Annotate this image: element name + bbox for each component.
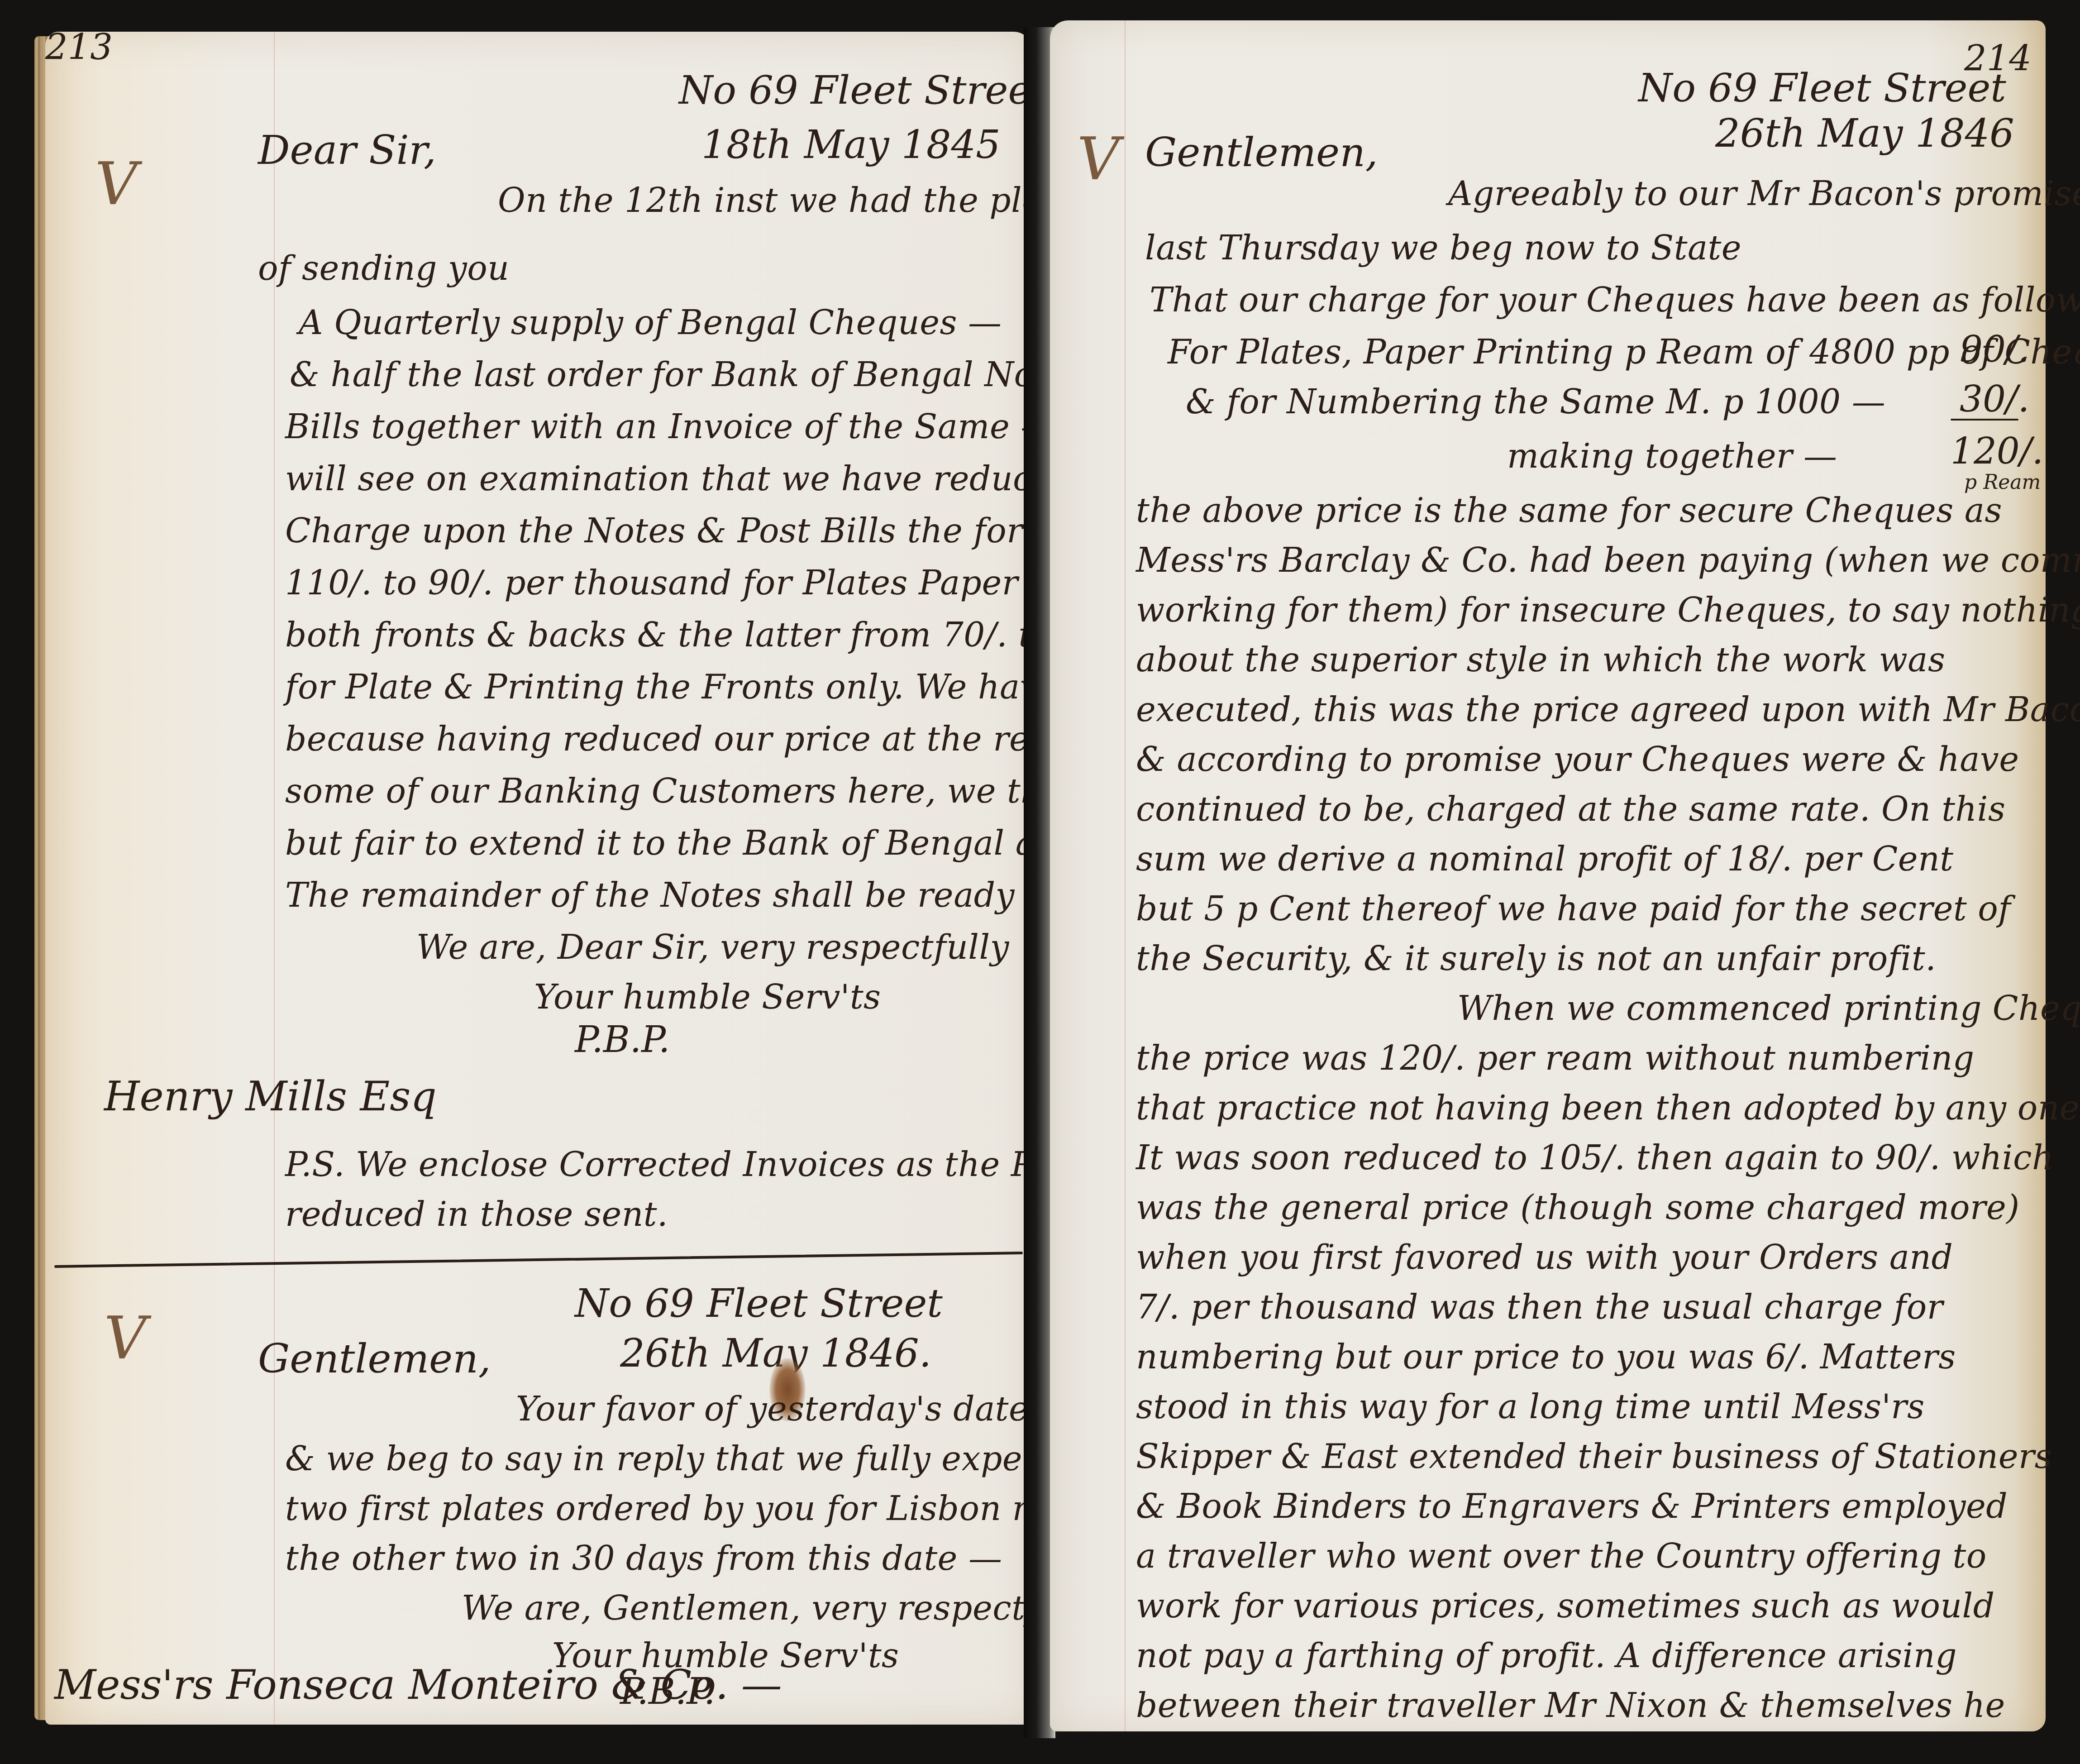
body-line: the other two in 30 days from this date … <box>285 1539 1002 1578</box>
charge-amount: 90/. <box>1960 328 2029 370</box>
body-line: & according to promise your Cheques were… <box>1136 740 2019 779</box>
body-line: It was soon reduced to 105/. then again … <box>1136 1138 2054 1177</box>
charge-total: 120/. <box>1951 430 2043 472</box>
closing: We are, Gentlemen, very respectfully <box>462 1589 1101 1628</box>
body-line: will see on examination that we have red… <box>285 459 1143 498</box>
body-line: about the superior style in which the wo… <box>1136 641 1945 679</box>
body-line: Bills together with an Invoice of the Sa… <box>285 407 1127 446</box>
body-line: a traveller who went over the Country of… <box>1136 1537 1987 1576</box>
body-line: that practice not having been then adopt… <box>1136 1089 2080 1128</box>
body-line: of sending you <box>258 249 510 288</box>
body-line: the price was 120/. per ream without num… <box>1136 1039 1975 1078</box>
salutation: Gentlemen, <box>258 1335 491 1382</box>
right-page: 214 V No 69 Fleet Street 26th May 1846 G… <box>1050 20 2046 1731</box>
closing-line-2: Your humble Serv'ts <box>534 978 881 1017</box>
body-line: Mess'rs Barclay & Co. had been paying (w… <box>1136 541 2080 580</box>
body-line: continued to be, charged at the same rat… <box>1136 790 2005 829</box>
sum-rule <box>1951 419 2018 421</box>
body-line: when you first favored us with your Orde… <box>1136 1238 1953 1277</box>
charge-label: For Plates, Paper Printing p Ream of 480… <box>1168 333 2080 372</box>
page-number: 213 <box>45 27 113 68</box>
open-letter-book: 213 V No 69 Fleet Street 18th May 1845 D… <box>0 0 2080 1764</box>
body-line: Skipper & East extended their business o… <box>1136 1437 2052 1476</box>
letter-address: No 69 Fleet Street <box>679 68 1047 113</box>
letter-date: 18th May 1845 <box>701 122 1001 167</box>
charge-label: making together — <box>1507 437 1837 476</box>
charge-note: p Ream <box>1964 471 2041 494</box>
body-line: the Security, & it surely is not an unfa… <box>1136 939 1936 978</box>
body-line: & Book Binders to Engravers & Printers e… <box>1136 1487 2008 1526</box>
body-line: numbering but our price to you was 6/. M… <box>1136 1338 1956 1377</box>
body-line: was the general price (though some charg… <box>1136 1188 2020 1227</box>
body-line: A Quarterly supply of Bengal Cheques — <box>299 303 1002 342</box>
signature: P.B.P. <box>575 1018 670 1061</box>
body-line: executed, this was the price agreed upon… <box>1136 690 2080 729</box>
body-line: That our charge for your Cheques have be… <box>1150 281 2080 320</box>
body-line: Agreeably to our Mr Bacon's promise <box>1448 174 2080 213</box>
body-line: last Thursday we beg now to State <box>1145 229 1741 268</box>
salutation: Dear Sir, <box>258 127 436 173</box>
postscript-line: reduced in those sent. <box>285 1195 668 1234</box>
body-line: but fair to extend it to the Bank of Ben… <box>285 824 1095 863</box>
charge-label: & for Numbering the Same M. p 1000 — <box>1186 382 1885 421</box>
body-line: sum we derive a nominal profit of 18/. p… <box>1136 840 1954 879</box>
check-mark-icon: V <box>89 149 144 218</box>
signature: P.B.P. <box>620 1670 715 1712</box>
body-line: stood in this way for a long time until … <box>1136 1387 1925 1426</box>
body-line: not pay a farthing of profit. A differen… <box>1136 1636 1957 1675</box>
charge-amount: 30/. <box>1960 378 2029 420</box>
body-line: working for them) for insecure Cheques, … <box>1136 591 2080 630</box>
letter-divider <box>54 1252 1023 1268</box>
salutation: Gentlemen, <box>1145 129 1378 176</box>
margin-rule <box>1125 20 1126 1731</box>
check-mark-icon: V <box>1071 124 1126 193</box>
letter-date: 26th May 1846 <box>1715 111 2014 156</box>
body-line: When we commenced printing Cheques <box>1457 989 2080 1028</box>
body-line: between their traveller Mr Nixon & thems… <box>1136 1686 2005 1725</box>
check-mark-icon: V <box>98 1304 153 1372</box>
recipient-name: Henry Mills Esq <box>104 1073 437 1120</box>
letter-address: No 69 Fleet Street <box>1638 66 2006 111</box>
letter-address: No 69 Fleet Street <box>575 1281 943 1326</box>
body-line: work for various prices, sometimes such … <box>1136 1587 1995 1625</box>
body-line: some of our Banking Customers here, we t… <box>285 772 1131 811</box>
body-line: 7/. per thousand was then the usual char… <box>1136 1288 1943 1327</box>
left-page: 213 V No 69 Fleet Street 18th May 1845 D… <box>45 32 1032 1725</box>
body-line: the above price is the same for secure C… <box>1136 491 2002 530</box>
closing: We are, Dear Sir, very respectfully <box>416 928 1009 967</box>
body-line: but 5 p Cent thereof we have paid for th… <box>1136 889 2011 928</box>
